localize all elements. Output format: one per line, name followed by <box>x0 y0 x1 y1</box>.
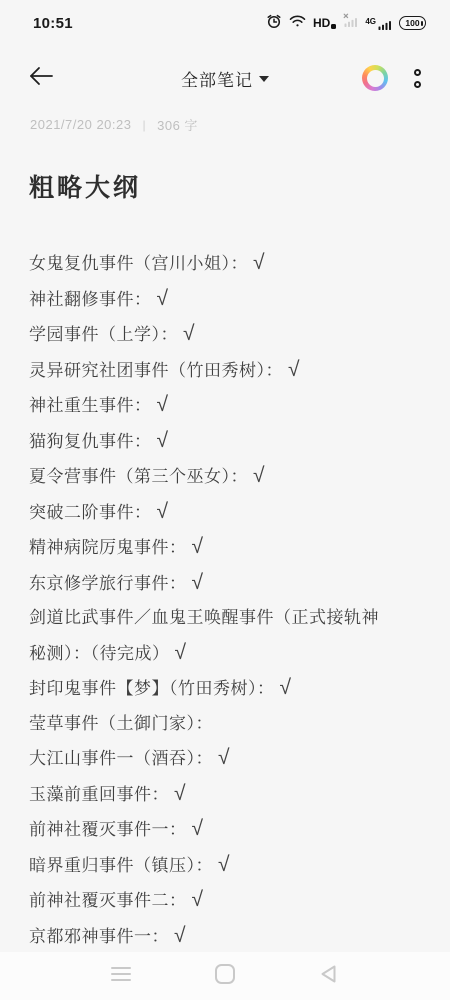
list-item[interactable]: 前神社覆灭事件二：√ <box>29 883 394 919</box>
notebook-title: 全部笔记 <box>181 66 253 91</box>
header: 全部笔记 <box>0 56 450 100</box>
list-item[interactable]: 女鬼复仇事件（宫川小姐）：√ <box>29 246 394 282</box>
item-check: √ <box>253 464 265 487</box>
item-check: √ <box>175 641 187 664</box>
menu-dot-icon <box>414 69 421 76</box>
item-text: 突破二阶事件： <box>29 503 152 522</box>
item-text: 东京修学旅行事件： <box>29 574 187 593</box>
hd-icon: HD <box>313 16 336 30</box>
status-time: 10:51 <box>33 15 73 32</box>
item-text: 前神社覆灭事件一： <box>29 820 187 839</box>
status-bar: 10:51 HD <box>0 0 450 40</box>
list-item[interactable]: 玉藻前重回事件：√ <box>29 777 394 813</box>
list-item[interactable]: 剑道比武事件／血鬼王唤醒事件（正式接轨神秘测）：（待完成）√ <box>29 601 394 671</box>
note-title[interactable]: 粗略大纲 <box>29 170 421 206</box>
menu-dot-icon <box>414 81 421 88</box>
network-label: 4G <box>365 18 376 26</box>
hd-label: HD <box>313 16 330 30</box>
note-meta: 2021/7/20 20:23 | 306 字 <box>30 115 420 134</box>
list-item[interactable]: 莹草事件（土御门家）： <box>29 707 394 742</box>
list-item[interactable]: 猫狗复仇事件：√ <box>29 424 394 460</box>
hd-mini-square <box>331 24 336 29</box>
item-check: √ <box>157 429 169 452</box>
notebook-selector[interactable]: 全部笔记 <box>181 66 269 91</box>
rainbow-ring-icon[interactable] <box>362 65 388 91</box>
item-text: 莹草事件（土御门家）： <box>29 714 213 733</box>
note-date: 2021/7/20 20:23 <box>30 117 131 132</box>
list-item[interactable]: 灵异研究社团事件（竹田秀树）：√ <box>29 353 394 389</box>
meta-separator: | <box>142 118 146 132</box>
back-arrow-icon <box>28 65 54 92</box>
item-text: 京都邪神事件一： <box>29 927 169 946</box>
list-item[interactable]: 神社重生事件：√ <box>29 388 394 424</box>
header-actions <box>362 65 423 91</box>
recents-menu-icon <box>110 965 132 988</box>
item-check: √ <box>174 782 186 805</box>
item-check: √ <box>218 746 230 769</box>
back-button[interactable] <box>28 63 58 93</box>
item-check: √ <box>192 535 204 558</box>
list-item[interactable]: 夏令营事件（第三个巫女）：√ <box>29 459 394 495</box>
item-text: 女鬼复仇事件（宫川小姐）： <box>29 254 248 273</box>
item-text: 神社重生事件： <box>29 396 152 415</box>
item-check: √ <box>183 322 195 345</box>
item-check: √ <box>288 358 300 381</box>
list-item[interactable]: 东京修学旅行事件：√ <box>29 566 394 602</box>
item-check: √ <box>280 676 292 699</box>
item-text: 精神病院厉鬼事件： <box>29 538 187 557</box>
signal-4g-icon: 4G <box>365 16 392 31</box>
note-word-count: 306 字 <box>157 115 198 134</box>
item-text: 猫狗复仇事件： <box>29 432 152 451</box>
note-body[interactable]: 女鬼复仇事件（宫川小姐）：√神社翻修事件：√学园事件（上学）：√灵异研究社团事件… <box>29 246 394 954</box>
list-item[interactable]: 大江山事件一（酒吞）：√ <box>29 741 394 777</box>
nav-home-button[interactable] <box>210 961 240 991</box>
chevron-down-icon <box>259 76 269 82</box>
item-text: 玉藻前重回事件： <box>29 785 169 804</box>
battery-level: 100 <box>405 18 419 28</box>
item-check: √ <box>157 393 169 416</box>
item-check: √ <box>174 924 186 947</box>
wifi-icon <box>289 14 306 33</box>
list-item[interactable]: 京都邪神事件一：√ <box>29 919 394 955</box>
status-icons: HD 4G 1 <box>266 13 423 34</box>
item-text: 大江山事件一（酒吞）： <box>29 749 213 768</box>
item-check: √ <box>218 853 230 876</box>
battery-icon: 100 <box>399 16 423 30</box>
item-text: 封印鬼事件【梦】（竹田秀树）： <box>29 679 275 698</box>
item-check: √ <box>192 571 204 594</box>
back-triangle-icon <box>318 964 340 989</box>
list-item[interactable]: 神社翻修事件：√ <box>29 282 394 318</box>
phone-screen: 10:51 HD <box>0 0 450 1000</box>
item-text: 夏令营事件（第三个巫女）： <box>29 467 248 486</box>
list-item[interactable]: 暗界重归事件（镇压）：√ <box>29 848 394 884</box>
nav-back-button[interactable] <box>314 961 344 991</box>
list-item[interactable]: 突破二阶事件：√ <box>29 495 394 531</box>
rainbow-ring-hole <box>367 70 384 87</box>
item-check: √ <box>157 287 169 310</box>
two-dot-menu-button[interactable] <box>412 67 423 90</box>
list-item[interactable]: 精神病院厉鬼事件：√ <box>29 530 394 566</box>
list-item[interactable]: 学园事件（上学）：√ <box>29 317 394 353</box>
item-text: 学园事件（上学）： <box>29 325 178 344</box>
item-check: √ <box>157 500 169 523</box>
item-check: √ <box>192 817 204 840</box>
alarm-icon <box>266 13 282 34</box>
battery-nub <box>421 21 423 26</box>
list-item[interactable]: 前神社覆灭事件一：√ <box>29 812 394 848</box>
item-text: 剑道比武事件／血鬼王唤醒事件（正式接轨神秘测）：（待完成） <box>29 608 379 663</box>
item-text: 暗界重归事件（镇压）： <box>29 856 213 875</box>
list-item[interactable]: 封印鬼事件【梦】（竹田秀树）：√ <box>29 671 394 707</box>
nav-bar <box>0 952 450 1000</box>
sim-no-signal-icon <box>343 13 358 33</box>
nav-recents-button[interactable] <box>106 961 136 991</box>
item-text: 前神社覆灭事件二： <box>29 891 187 910</box>
item-check: √ <box>192 888 204 911</box>
item-text: 灵异研究社团事件（竹田秀树）： <box>29 361 283 380</box>
item-check: √ <box>253 251 265 274</box>
home-square-icon <box>214 963 236 990</box>
item-text: 神社翻修事件： <box>29 290 152 309</box>
